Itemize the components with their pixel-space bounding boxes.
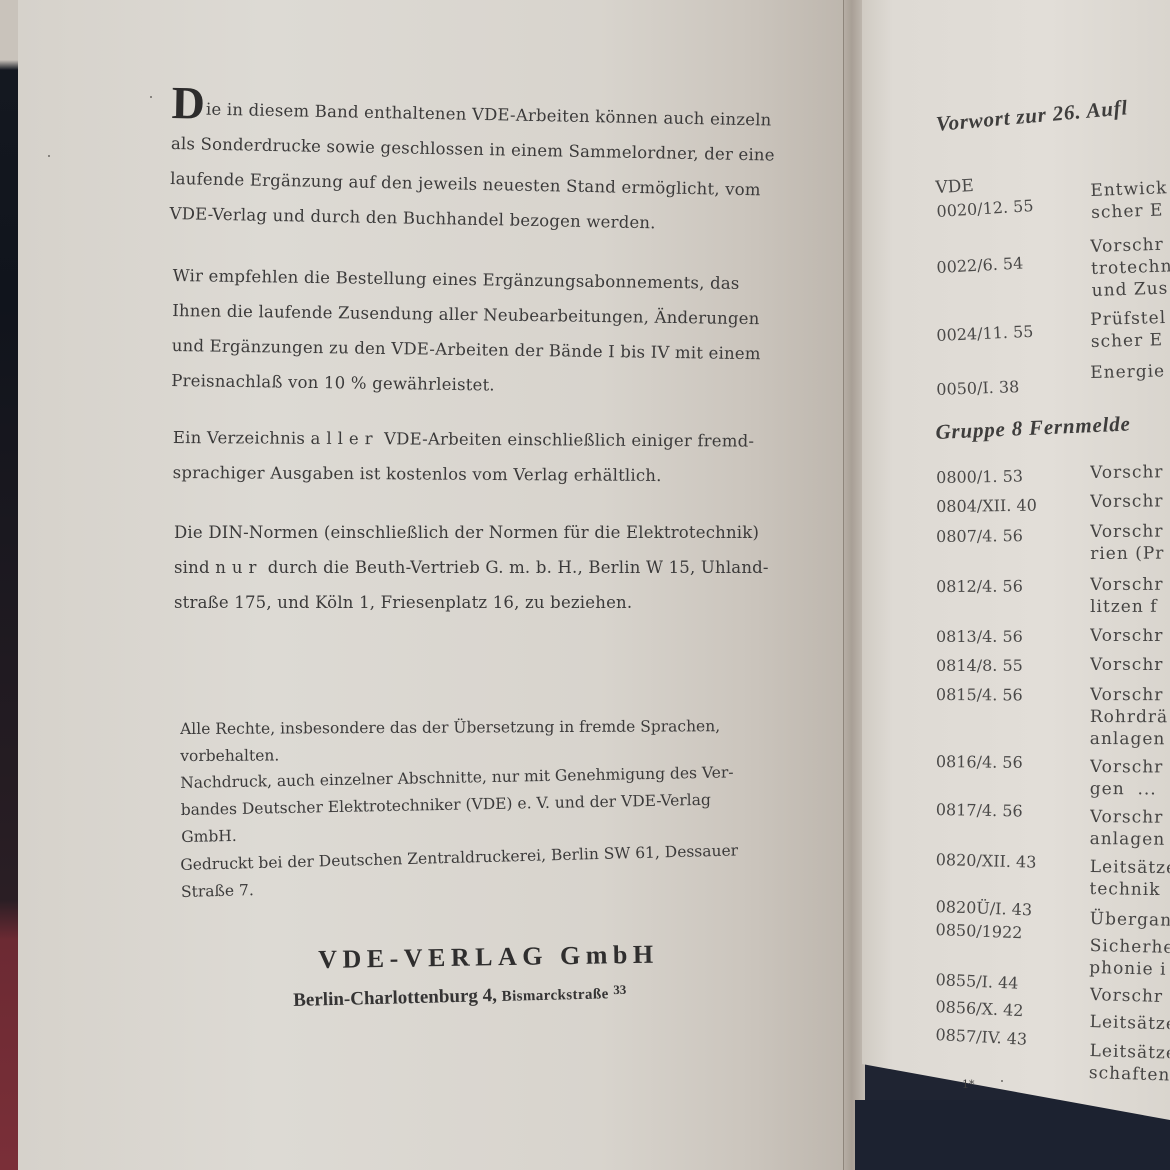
drop-cap: D <box>171 77 205 129</box>
paragraph-line: sind nur durch die Beuth-Vertrieb G. m. … <box>174 550 769 585</box>
emphasis-spaced: nur <box>215 558 262 577</box>
paper-speck <box>1001 1080 1003 1082</box>
line-text: ie in diesem Band enthaltenen VDE-Arbeit… <box>206 100 772 130</box>
vde-entry-code: 0807/4. 56 <box>936 526 1023 546</box>
paragraph-line: Ein Verzeichnis aller VDE-Arbeiten einsc… <box>173 420 754 459</box>
vde-entry-description: Vorschr anlagen <box>1090 806 1170 851</box>
book-spread-photo: Die in diesem Band enthaltenen VDE-Arbei… <box>0 0 1170 1170</box>
paragraph-line: Die DIN-Normen (einschließlich der Norme… <box>174 515 769 550</box>
vde-entry-description: Vorschr litzen f <box>1090 574 1170 618</box>
publisher-name: VDE-VERLAG GmbH <box>318 940 659 975</box>
paper-speck <box>48 155 50 157</box>
vde-entry-code: 0050/I. 38 <box>936 377 1020 399</box>
gutter-fold-line <box>843 0 844 1170</box>
line-text: VDE-Arbeiten einschließlich einiger frem… <box>379 429 755 450</box>
vde-entry-code: 0820Ü/I. 43 <box>935 897 1032 919</box>
vde-entry-description: Vorschr <box>1090 461 1170 484</box>
paragraph-availability: Die in diesem Band enthaltenen VDE-Arbei… <box>169 88 776 243</box>
vde-entry-description: Leitsätze <box>1089 1011 1170 1035</box>
vde-entry-code: 0804/XII. 40 <box>936 496 1037 516</box>
vde-entry-code: 0817/4. 56 <box>936 800 1023 821</box>
page-number: 1* <box>962 1078 975 1091</box>
publisher-street: Bismarckstraße <box>502 986 609 1005</box>
vde-entry-description: Sicherhe phonie i <box>1089 935 1170 981</box>
vde-entry-description: Prüfstel scher E <box>1090 307 1170 353</box>
vde-entry-description: Energie <box>1090 360 1170 384</box>
paragraph-line: sprachiger Ausgaben ist kostenlos vom Ve… <box>173 455 754 494</box>
line-text: Ein Verzeichnis <box>173 428 311 448</box>
legal-line: Alle Rechte, insbesondere das der Überse… <box>180 713 720 743</box>
vde-entry-description: Leitsätze technik <box>1089 856 1170 901</box>
paragraph-catalog: Ein Verzeichnis aller VDE-Arbeiten einsc… <box>173 420 755 494</box>
vde-entry-code: 0820/XII. 43 <box>936 850 1037 872</box>
vde-entry-description: Vorschr gen ... <box>1090 756 1170 801</box>
vde-entry-code: 0855/I. 44 <box>935 970 1019 993</box>
vde-entry-description: Vorschr <box>1090 625 1170 647</box>
vde-entry-description: Leitsätze schaften <box>1089 1040 1170 1086</box>
vde-entry-code: 0814/8. 55 <box>936 656 1023 675</box>
reprint-notice: Nachdruck, auch einzelner Abschnitte, nu… <box>180 759 735 851</box>
paragraph-subscription: Wir empfehlen die Bestellung eines Ergän… <box>171 258 762 406</box>
paragraph-line: straße 175, und Köln 1, Friesenplatz 16,… <box>174 585 769 620</box>
line-text: sind <box>174 558 215 577</box>
vde-entry-description: Übergan <box>1090 908 1170 932</box>
publisher-city: Berlin-Charlottenburg 4, <box>293 985 497 1011</box>
vde-entry-description: Vorschr <box>1090 654 1170 676</box>
paper-speck <box>150 96 152 98</box>
emphasis-spaced: aller <box>311 429 379 448</box>
vde-entry-description: Entwick scher E <box>1090 177 1170 224</box>
vde-entry-description: Vorschr <box>1090 490 1170 513</box>
vde-entry-description: Vorschr Rohrdrä anlagen <box>1090 684 1170 750</box>
vde-entry-code: 0816/4. 56 <box>936 752 1023 772</box>
publisher-street-number: 33 <box>613 982 626 997</box>
column-header-vde: VDE <box>935 176 974 198</box>
line-text: durch die Beuth-Vertrieb G. m. b. H., Be… <box>262 558 768 577</box>
vde-entry-code: 0800/1. 53 <box>936 466 1023 487</box>
vde-entry-code: 0815/4. 56 <box>936 685 1023 704</box>
book-gutter <box>843 0 865 1170</box>
vde-entry-code: 0812/4. 56 <box>936 577 1023 596</box>
vde-entry-code: 0850/1922 <box>935 920 1022 942</box>
vde-entry-description: Vorschr rien (Pr <box>1090 520 1170 565</box>
vde-entry-description: Vorschr trotechn und Zus <box>1090 233 1170 301</box>
vde-entry-description: Vorschr <box>1089 984 1170 1008</box>
paragraph-din-norms: Die DIN-Normen (einschließlich der Norme… <box>174 515 769 620</box>
vde-entry-code: 0813/4. 56 <box>936 627 1023 646</box>
